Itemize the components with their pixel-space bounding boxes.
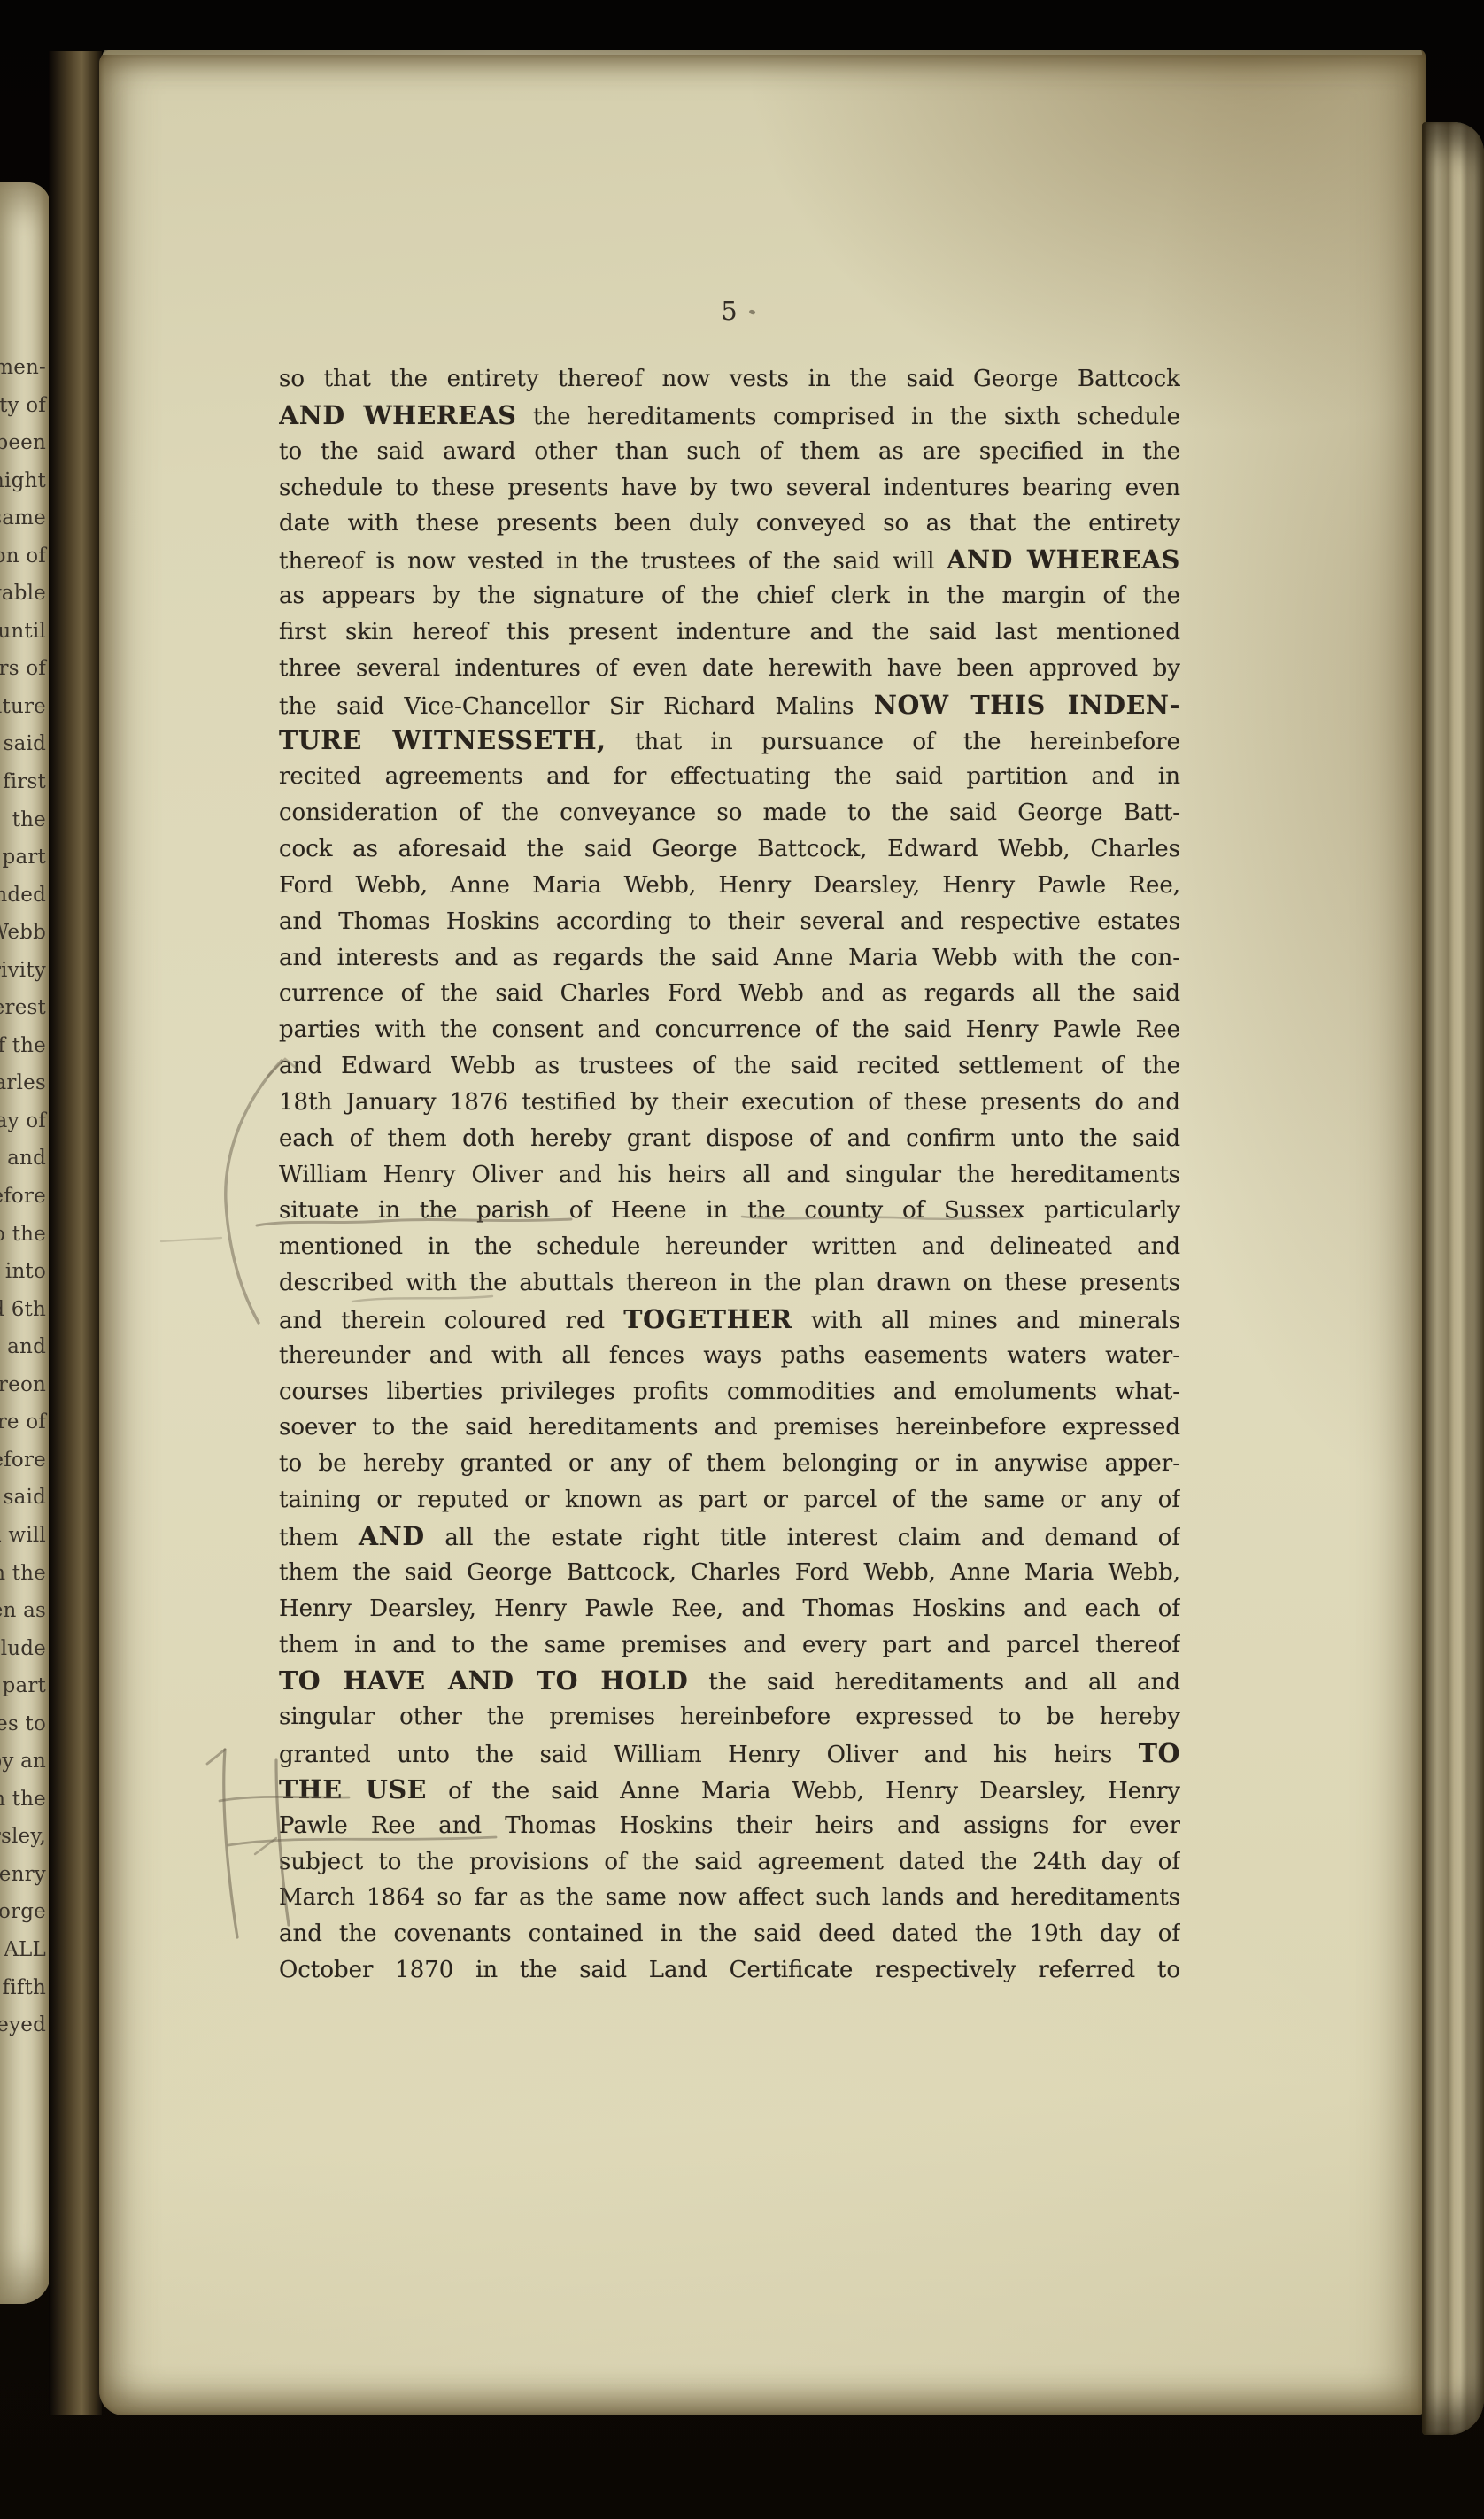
text-line: TO HAVE AND TO HOLD the said hereditamen… bbox=[279, 1663, 1180, 1699]
text-line: singular other the premises hereinbefore… bbox=[279, 1699, 1180, 1735]
text-line: and therein coloured red TOGETHER with a… bbox=[279, 1302, 1180, 1338]
facing-page-text-fragment: men- bbox=[0, 352, 50, 390]
facing-page-text-fragment: said bbox=[0, 729, 50, 767]
text-line: the said Vice-Chancellor Sir Richard Mal… bbox=[279, 687, 1180, 723]
facing-page-text-fragment: d 6th bbox=[0, 1294, 50, 1333]
facing-page-text-fragment: Webb bbox=[0, 917, 50, 955]
text-block: so that the entirety thereof now vests i… bbox=[279, 361, 1180, 1989]
facing-page-text-fragment: the bbox=[0, 805, 50, 843]
facing-page-text-fragment: ere of bbox=[0, 1407, 50, 1445]
facing-page-text-fragment: ended bbox=[0, 880, 50, 918]
text-line: and the covenants contained in the said … bbox=[279, 1916, 1180, 1952]
text-line: and Thomas Hoskins according to their se… bbox=[279, 904, 1180, 940]
text-line: first skin hereof this present indenture… bbox=[279, 614, 1180, 651]
text-line: subject to the provisions of the said ag… bbox=[279, 1844, 1180, 1881]
photo-background: men-ty ofbeennightsameon ofyableuntilrs … bbox=[0, 0, 1484, 2519]
text-line: them in and to the same premises and eve… bbox=[279, 1627, 1180, 1664]
text-line: consideration of the conveyance so made … bbox=[279, 795, 1180, 831]
text-line: thereunder and with all fences ways path… bbox=[279, 1338, 1180, 1374]
text-line: date with these presents been duly conve… bbox=[279, 506, 1180, 542]
text-line: described with the abuttals thereon in t… bbox=[279, 1265, 1180, 1302]
text-line: soever to the said hereditaments and pre… bbox=[279, 1410, 1180, 1446]
text-line: Henry Dearsley, Henry Pawle Ree, and Tho… bbox=[279, 1591, 1180, 1627]
facing-page-text-fragment: first bbox=[0, 767, 50, 805]
text-line: granted unto the said William Henry Oliv… bbox=[279, 1735, 1180, 1772]
text-line: to be hereby granted or any of them belo… bbox=[279, 1446, 1180, 1482]
facing-page-text-fragment: nclude bbox=[0, 1634, 50, 1672]
facing-page-text-fragment: before bbox=[0, 1181, 50, 1219]
facing-page-text-fragment: part bbox=[0, 842, 50, 880]
facing-page-text-fragment: rivity bbox=[0, 955, 50, 993]
facing-page-text-fragment: night bbox=[0, 466, 50, 504]
facing-page-text-fragment: ty of bbox=[0, 390, 50, 429]
text-line: as appears by the signature of the chief… bbox=[279, 578, 1180, 614]
text-line: recited agreements and for effectuating … bbox=[279, 759, 1180, 795]
text-line: situate in the parish of Heene in the co… bbox=[279, 1193, 1180, 1229]
facing-page-text-fragment: in the bbox=[0, 1558, 50, 1596]
facing-page-text-fragment: l and bbox=[0, 1332, 50, 1370]
text-line: thereof is now vested in the trustees of… bbox=[279, 542, 1180, 578]
facing-page-text-fragment: before bbox=[0, 1445, 50, 1483]
text-line: schedule to these presents have by two s… bbox=[279, 470, 1180, 506]
text-line: them AND all the estate right title inte… bbox=[279, 1518, 1180, 1555]
facing-page-text-fragment: een the bbox=[0, 1784, 50, 1822]
facing-page-text-fragment: George bbox=[0, 1897, 50, 1935]
page-number: 5 bbox=[279, 296, 1180, 326]
text-line: each of them doth hereby grant dispose o… bbox=[279, 1121, 1180, 1157]
facing-page-text-fragment: arsley, bbox=[0, 1821, 50, 1859]
facing-page-text-fragment: hereon bbox=[0, 1370, 50, 1408]
facing-page-text-fragment: been bbox=[0, 428, 50, 466]
text-line: AND WHEREAS the hereditaments comprised … bbox=[279, 398, 1180, 434]
text-line: so that the entirety thereof now vests i… bbox=[279, 361, 1180, 398]
facing-page-text-fragment: o the bbox=[0, 1219, 50, 1257]
facing-page-text-fragment: ules to bbox=[0, 1709, 50, 1747]
facing-page-text-fragment: rs of bbox=[0, 653, 50, 692]
facing-page-text-fragment: sen as bbox=[0, 1596, 50, 1634]
text-line: parties with the consent and concurrence… bbox=[279, 1012, 1180, 1048]
facing-page-text-fragment: f the bbox=[0, 1031, 50, 1069]
text-line: 18th January 1876 testified by their exe… bbox=[279, 1085, 1180, 1121]
text-line: THE USE of the said Anne Maria Webb, Hen… bbox=[279, 1772, 1180, 1808]
facing-page-text-fragment: yable bbox=[0, 578, 50, 616]
facing-page-edge: men-ty ofbeennightsameon ofyableuntilrs … bbox=[0, 182, 50, 2304]
text-line: William Henry Oliver and his heirs all a… bbox=[279, 1157, 1180, 1194]
text-line: courses liberties privileges profits com… bbox=[279, 1374, 1180, 1410]
facing-page-text-fragment: s and bbox=[0, 1143, 50, 1181]
facing-page-text-fragment: harles bbox=[0, 1068, 50, 1106]
text-line: October 1870 in the said Land Certificat… bbox=[279, 1952, 1180, 1989]
text-line: March 1864 so far as the same now affect… bbox=[279, 1880, 1180, 1916]
text-line: cock as aforesaid the said George Battco… bbox=[279, 831, 1180, 868]
facing-page-text-fragment: terest bbox=[0, 993, 50, 1031]
facing-page-text-fragment: lay of bbox=[0, 1106, 50, 1144]
text-line: them the said George Battcock, Charles F… bbox=[279, 1555, 1180, 1591]
text-line: Ford Webb, Anne Maria Webb, Henry Dearsl… bbox=[279, 868, 1180, 904]
text-line: Pawle Ree and Thomas Hoskins their heirs… bbox=[279, 1808, 1180, 1844]
book-gutter-shadow bbox=[49, 51, 102, 2415]
facing-page-text-fragment: e fifth bbox=[0, 1973, 50, 2011]
facing-page-text-fragment: d into bbox=[0, 1256, 50, 1294]
text-line: to the said award other than such of the… bbox=[279, 434, 1180, 470]
facing-page-text-fragment: nture bbox=[0, 692, 50, 730]
facing-page-text-fragment: Henry bbox=[0, 1859, 50, 1897]
facing-page-text-fragment: nveyed bbox=[0, 2010, 50, 2048]
text-line: taining or reputed or known as part or p… bbox=[279, 1482, 1180, 1518]
text-line: three several indentures of even date he… bbox=[279, 651, 1180, 687]
page-edges-stack bbox=[1422, 122, 1484, 2435]
text-line: currence of the said Charles Ford Webb a… bbox=[279, 976, 1180, 1012]
facing-page-text-fragment: same bbox=[0, 503, 50, 541]
facing-page-text-fragment: ALL bbox=[0, 1935, 50, 1973]
text-line: mentioned in the schedule hereunder writ… bbox=[279, 1229, 1180, 1265]
facing-page-text-fragment: e said bbox=[0, 1482, 50, 1520]
facing-page-text-fragment: d will bbox=[0, 1520, 50, 1558]
text-line: TURE WITNESSETH, that in pursuance of th… bbox=[279, 722, 1180, 759]
fragment-column: men-ty ofbeennightsameon ofyableuntilrs … bbox=[0, 352, 50, 2048]
text-line: and Edward Webb as trustees of the said … bbox=[279, 1048, 1180, 1085]
text-line: and interests and as regards the said An… bbox=[279, 940, 1180, 977]
facing-page-text-fragment: by an bbox=[0, 1746, 50, 1784]
facing-page-text-fragment: ng part bbox=[0, 1671, 50, 1709]
facing-page-text-fragment: until bbox=[0, 616, 50, 654]
facing-page-text-fragment: on of bbox=[0, 541, 50, 579]
